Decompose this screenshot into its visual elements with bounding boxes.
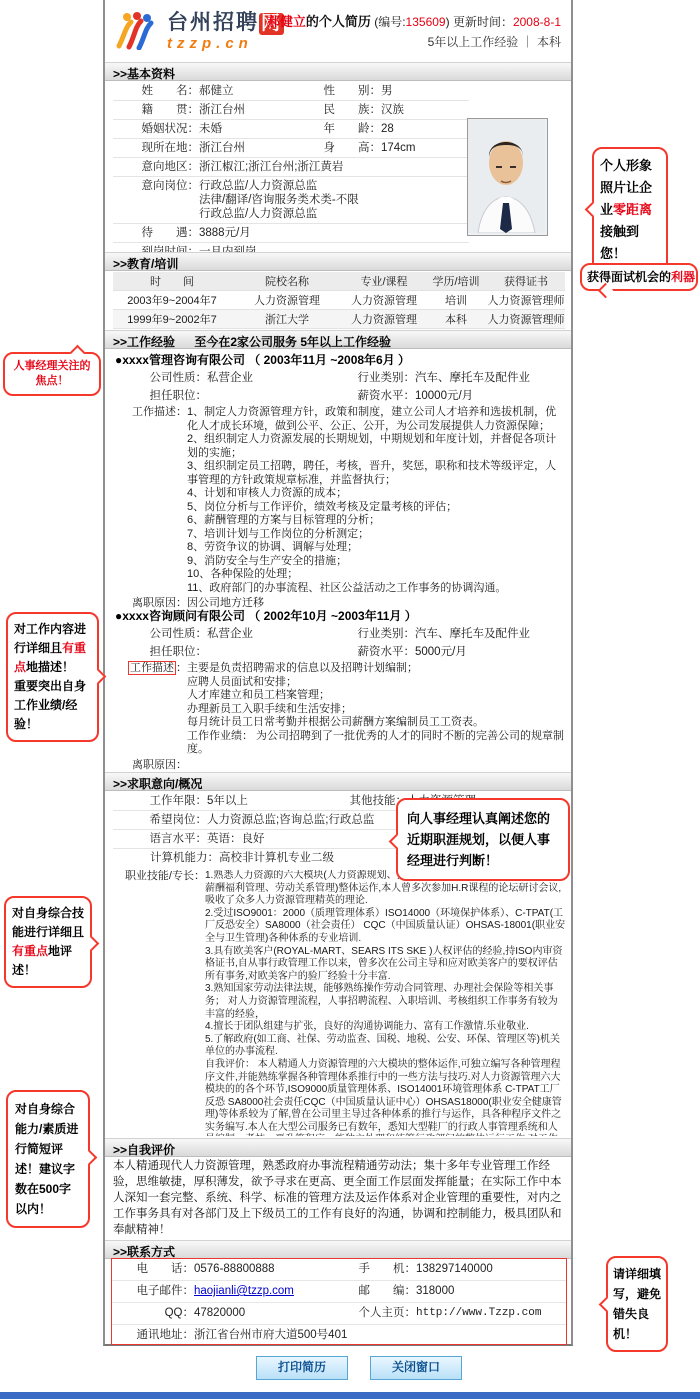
- education-row: 1999年9~2002年7 浙江大学 人力资源管理 本科 人力资源管理师: [113, 310, 565, 329]
- homepage-value: http://www.Tzzp.com: [416, 1306, 566, 1321]
- skills-section: 职业技能/专长： 1.熟悉人力资源的六大模块(人力资源规划、招聘与配置、培训与开…: [113, 870, 567, 1136]
- address-value: 浙江省台州市府大道500号401: [194, 1328, 566, 1343]
- print-resume-button[interactable]: 打印简历: [256, 1356, 348, 1380]
- bottom-blue-bar: [0, 1392, 700, 1399]
- contact-row: QQ：47820000 个人主页：http://www.Tzzp.com: [112, 1303, 566, 1325]
- career-plan-tip-bubble: 向人事经理认真阐述您的近期职涯规划，以便人事经理进行判断！: [396, 798, 570, 881]
- salary-value: 5000元/月: [415, 645, 567, 659]
- contact-row: 电子邮件：haojianli@tzzp.com 邮 编：318000: [112, 1281, 566, 1303]
- company-info-row: 公司性质：私营企业 行业类别：汽车、摩托车及配件业: [113, 369, 567, 387]
- position-label: 担任职位：: [131, 389, 207, 403]
- section-intention-header: >>求职意向/概况: [105, 772, 571, 791]
- edu-col-school: 院校名称: [231, 272, 343, 291]
- basic-info-section: 姓 名：郝健立 性 别：男 籍 贯：浙江台州 民 族：汉族 婚姻状况：未婚 年 …: [113, 82, 469, 252]
- height-value: 174cm: [381, 141, 469, 155]
- job-description-highlight-box: 工作描述: [128, 661, 176, 675]
- work-tip-line2: 重要突出自身工作业绩/经验！: [14, 677, 91, 734]
- edu-col-cert: 获得证书: [487, 272, 565, 291]
- origin-value: 浙江台州: [199, 103, 303, 117]
- edu-col-time: 时 间: [113, 272, 231, 291]
- position-value: [207, 389, 335, 403]
- section-education-header: >>教育/培训: [105, 252, 571, 271]
- leave-reason-row: 离职原因：: [113, 758, 567, 771]
- resume-code: (编号:135609): [374, 15, 449, 29]
- region-label: 意向地区：: [113, 160, 199, 174]
- industry-label: 行业类别：: [335, 627, 415, 641]
- self-tip-text: 对自身综合能力/素质进行简短评述！建议字数在500字以内！: [15, 1102, 78, 1216]
- contact-fill-tip-bubble: 请详细填写，避免错失良机！: [606, 1256, 668, 1352]
- marital-value: 未婚: [199, 122, 303, 136]
- company-name-line: ●xxxx管理咨询有限公司 （ 2003年11月 ~2008年6月 ）: [113, 352, 567, 369]
- resume-title-line: 郝健立的个人简历 (编号:135609) 更新时间：2008-8-1: [267, 12, 561, 32]
- work-section-title: >>工作经验: [113, 335, 175, 349]
- section-work-header: >>工作经验 至今在2家公司服务 5年以上工作经验: [105, 330, 571, 349]
- edu-cell: 浙江大学: [231, 310, 343, 329]
- degree-summary: 本科: [537, 35, 561, 49]
- leave-reason-row: 离职原因： 因公司地方迁移: [113, 596, 567, 608]
- company-period: （ 2002年10月 ~2003年11月 ）: [248, 609, 416, 623]
- edu-cell: 人力资源管理: [343, 291, 425, 310]
- basic-row-origin: 籍 贯：浙江台州 民 族：汉族: [113, 101, 469, 120]
- phone-value: 0576-88800888: [194, 1262, 344, 1277]
- years-value: 5年以上: [207, 794, 337, 808]
- interview-weapon-tip-bubble: 获得面试机会的利器: [580, 263, 698, 291]
- subline-separator: ｜: [522, 35, 534, 49]
- basic-row-name: 姓 名：郝健立 性 别：男: [113, 82, 469, 101]
- logo-icon: [115, 10, 161, 55]
- nature-label: 公司性质：: [131, 627, 207, 641]
- company-name-line: ●xxxx咨询顾问有限公司 （ 2002年10月 ~2003年11月 ）: [113, 608, 567, 625]
- salary-value: 10000元/月: [415, 389, 567, 403]
- nature-value: 私营企业: [207, 627, 335, 641]
- expected-salary-value: 3888元/月: [199, 226, 469, 240]
- industry-label: 行业类别：: [335, 371, 415, 385]
- arrive-value: 一月内到岗: [199, 245, 469, 252]
- contact-row: 通讯地址：浙江省台州市府大道500号401: [112, 1325, 566, 1345]
- site-name-pre: 台州招聘: [167, 11, 259, 34]
- contact-tip-text: 请详细填写，避免错失良机！: [613, 1267, 661, 1341]
- company-2-block: ●xxxx咨询顾问有限公司 （ 2002年10月 ~2003年11月 ） 公司性…: [113, 608, 567, 770]
- education-table: 时 间 院校名称 专业/课程 学历/培训 获得证书 2003年9~2004年7 …: [113, 272, 565, 330]
- skills-detail-tip-bubble: 对自身综合技能进行详细且有重点地评述！: [4, 896, 92, 988]
- photo-tip-text: 个人形象照片让企业零距离接触到您！: [600, 158, 652, 261]
- work-detail-tip-bubble: 对工作内容进行详细且有重点地描述！ 重要突出自身工作业绩/经验！: [6, 612, 99, 742]
- weapon-tip-pre: 获得面试机会的: [587, 270, 671, 284]
- edu-cell: 人力资源管理: [343, 310, 425, 329]
- salary-label: 薪资水平：: [335, 389, 415, 403]
- expected-salary-label: 待 遇：: [113, 226, 199, 240]
- language-label: 语言水平：: [141, 832, 207, 846]
- job-description-row: 工作描述： 1、制定人力资源管理方针，政策和制度，建立公司人才培养和选拔机制，优…: [113, 405, 567, 596]
- self-summary-tip-bubble: 对自身综合能力/素质进行简短评述！建议字数在500字以内！: [6, 1090, 90, 1228]
- nature-label: 公司性质：: [131, 371, 207, 385]
- experience-summary: 5年以上工作经验: [428, 35, 519, 49]
- years-label: 工作年限：: [141, 794, 207, 808]
- zip-value: 318000: [416, 1284, 566, 1299]
- job-description-row: 工作描述： 主要是负责招聘需求的信息以及招聘计划编制； 应聘人员面试和安排； 人…: [113, 661, 567, 758]
- resume-frame: 台州招聘网 tzzp.cn 郝健立的个人简历 (编号:135609) 更新时间：…: [103, 0, 573, 1346]
- company-period: （ 2003年11月 ~2008年6月 ）: [248, 353, 410, 367]
- basic-row-marital: 婚姻状况：未婚 年 龄：28: [113, 120, 469, 139]
- industry-value: 汽车、摩托车及配件业: [415, 371, 567, 385]
- position-label: 担任职位：: [131, 645, 207, 659]
- hope-post-label: 希望岗位：: [141, 813, 207, 827]
- updated-date: 2008-8-1: [513, 15, 561, 29]
- name-label: 姓 名：: [113, 84, 199, 98]
- gender-label: 性 别：: [303, 84, 381, 98]
- section-basic-header: >>基本资料: [105, 62, 571, 81]
- work-tip-post: 地描述！: [26, 660, 74, 674]
- edu-cell: 人力资源管理师: [487, 310, 565, 329]
- photo-tip-bubble: 个人形象照片让企业零距离接触到您！: [592, 147, 668, 273]
- nature-value: 私营企业: [207, 371, 335, 385]
- company-info-row: 担任职位： 薪资水平：10000元/月: [113, 387, 567, 405]
- selfeval-text: 本人精通现代人力资源管理，熟悉政府办事流程精通劳动法；集十多年专业管理工作经验，…: [113, 1158, 567, 1238]
- gender-value: 男: [381, 84, 469, 98]
- photo-tip-post: 接触到您！: [600, 224, 639, 261]
- company-info-row: 公司性质：私营企业 行业类别：汽车、摩托车及配件业: [113, 625, 567, 643]
- edu-cell: 培训: [425, 291, 487, 310]
- code-number: 135609: [406, 15, 446, 29]
- origin-label: 籍 贯：: [113, 103, 199, 117]
- resume-title: 郝健立的个人简历 (编号:135609) 更新时间：2008-8-1 5年以上工…: [267, 12, 561, 52]
- site-logo: 台州招聘网 tzzp.cn: [115, 10, 284, 55]
- zip-label: 邮 编：: [344, 1284, 416, 1299]
- phone-label: 电 话：: [112, 1262, 194, 1277]
- job-description-text: 1、制定人力资源管理方针，政策和制度，建立公司人才培养和选拔机制，优化人才成长环…: [187, 406, 567, 595]
- job-description-label: 工作描述：: [123, 662, 187, 757]
- age-label: 年 龄：: [303, 122, 381, 136]
- focus-tip-text: 人事经理关注的焦点！: [14, 360, 91, 387]
- resume-page: 台州招聘网 tzzp.cn 郝健立的个人简历 (编号:135609) 更新时间：…: [0, 0, 700, 1399]
- contact-section: 电 话：0576-88800888 手 机：138297140000 电子邮件：…: [111, 1258, 567, 1345]
- code-close: ): [446, 15, 450, 29]
- company-1-block: ●xxxx管理咨询有限公司 （ 2003年11月 ~2008年6月 ） 公司性质…: [113, 352, 567, 608]
- education-header-row: 时 间 院校名称 专业/课程 学历/培训 获得证书: [113, 272, 565, 291]
- leave-reason-label: 离职原因：: [123, 759, 187, 771]
- section-contact-header: >>联系方式: [105, 1240, 571, 1259]
- edu-cell: 2003年9~2004年7: [113, 291, 231, 310]
- company-name: ●xxxx管理咨询有限公司: [115, 353, 245, 367]
- post-value: 行政总监/人力资源总监 法律/翻译/咨询服务类术类-不限 行政总监/人力资源总监: [199, 179, 469, 221]
- position-value: [207, 645, 335, 659]
- edu-cell: 人力资源管理: [231, 291, 343, 310]
- photo-tip-red: 零距离: [613, 202, 652, 217]
- skills-text: 1.熟悉人力资源的六大模块(人力资源规划、招聘与配置、培训与开发、绩效管理、薪酬…: [205, 870, 567, 1136]
- computer-label: 计算机能力：: [141, 851, 219, 865]
- job-description-label: 工作描述：: [123, 406, 187, 595]
- industry-value: 汽车、摩托车及配件业: [415, 627, 567, 641]
- close-window-button[interactable]: 关闭窗口: [370, 1356, 462, 1380]
- weapon-tip-red: 利器: [671, 270, 695, 284]
- candidate-name: 郝健立: [267, 14, 306, 29]
- company-info-row: 担任职位： 薪资水平：5000元/月: [113, 643, 567, 661]
- skills-tip-red: 有重点: [12, 944, 48, 958]
- location-label: 现所在地：: [113, 141, 199, 155]
- leave-reason-label: 离职原因：: [123, 597, 187, 608]
- address-label: 通讯地址：: [112, 1328, 194, 1343]
- leave-reason-value: [187, 759, 567, 771]
- mobile-label: 手 机：: [344, 1262, 416, 1277]
- site-domain: tzzp.cn: [167, 35, 253, 52]
- height-label: 身 高：: [303, 141, 381, 155]
- job-description-text: 主要是负责招聘需求的信息以及招聘计划编制； 应聘人员面试和安排； 人才库建立和员…: [187, 662, 567, 757]
- region-value: 浙江椒江;浙江台州;浙江黄岩: [199, 160, 469, 174]
- arrive-label: 到岗时间：: [113, 245, 199, 252]
- ethnic-value: 汉族: [381, 103, 469, 117]
- basic-row-location: 现所在地：浙江台州 身 高：174cm: [113, 139, 469, 158]
- ethnic-label: 民 族：: [303, 103, 381, 117]
- education-row: 2003年9~2004年7 人力资源管理 人力资源管理 培训 人力资源管理师: [113, 291, 565, 310]
- post-label: 意向岗位：: [113, 179, 199, 193]
- edu-cell: 本科: [425, 310, 487, 329]
- basic-row-salary: 待 遇：3888元/月: [113, 224, 469, 243]
- skills-tip-pre: 对自身综合技能进行详细且: [12, 906, 84, 939]
- career-tip-text: 向人事经理认真阐述您的近期职涯规划，以便人事经理进行判断！: [407, 811, 550, 868]
- skills-label: 职业技能/专长：: [113, 870, 205, 1136]
- contact-row: 电 话：0576-88800888 手 机：138297140000: [112, 1259, 566, 1281]
- qq-label: QQ：: [112, 1306, 194, 1321]
- edu-col-degree: 学历/培训: [425, 272, 487, 291]
- education-section: 时 间 院校名称 专业/课程 学历/培训 获得证书 2003年9~2004年7 …: [113, 272, 567, 330]
- basic-row-region: 意向地区：浙江椒江;浙江台州;浙江黄岩: [113, 158, 469, 177]
- basic-row-arrive: 到岗时间：一月内到岗: [113, 243, 469, 252]
- company-name: ●xxxx咨询顾问有限公司: [115, 609, 245, 623]
- edu-col-major: 专业/课程: [343, 272, 425, 291]
- hr-focus-tip-bubble: 人事经理关注的焦点！: [3, 352, 101, 396]
- age-value: 28: [381, 122, 469, 136]
- resume-subline: 5年以上工作经验 ｜ 本科: [267, 32, 561, 52]
- location-value: 浙江台州: [199, 141, 303, 155]
- edu-cell: 人力资源管理师: [487, 291, 565, 310]
- code-label: (编号:: [374, 15, 405, 29]
- desc-colon: ：: [176, 662, 187, 674]
- qq-value: 47820000: [194, 1306, 344, 1321]
- work-tip-line1: 对工作内容进行详细且有重点地描述！: [14, 622, 86, 674]
- section-selfeval-header: >>自我评价: [105, 1138, 571, 1157]
- salary-label: 薪资水平：: [335, 645, 415, 659]
- marital-label: 婚姻状况：: [113, 122, 199, 136]
- updated-label: 更新时间：: [453, 15, 513, 29]
- edu-cell: 1999年9~2002年7: [113, 310, 231, 329]
- basic-row-post: 意向岗位：行政总监/人力资源总监 法律/翻译/咨询服务类术类-不限 行政总监/人…: [113, 177, 469, 224]
- homepage-label: 个人主页：: [344, 1306, 416, 1321]
- leave-reason-value: 因公司地方迁移: [187, 597, 567, 608]
- mobile-value: 138297140000: [416, 1262, 566, 1277]
- name-value: 郝健立: [199, 84, 303, 98]
- work-section-note: 至今在2家公司服务 5年以上工作经验: [194, 335, 391, 349]
- email-link[interactable]: haojianli@tzzp.com: [194, 1285, 294, 1297]
- email-label: 电子邮件：: [112, 1284, 194, 1299]
- title-rest: 的个人简历: [306, 14, 371, 29]
- profile-photo: [467, 118, 548, 236]
